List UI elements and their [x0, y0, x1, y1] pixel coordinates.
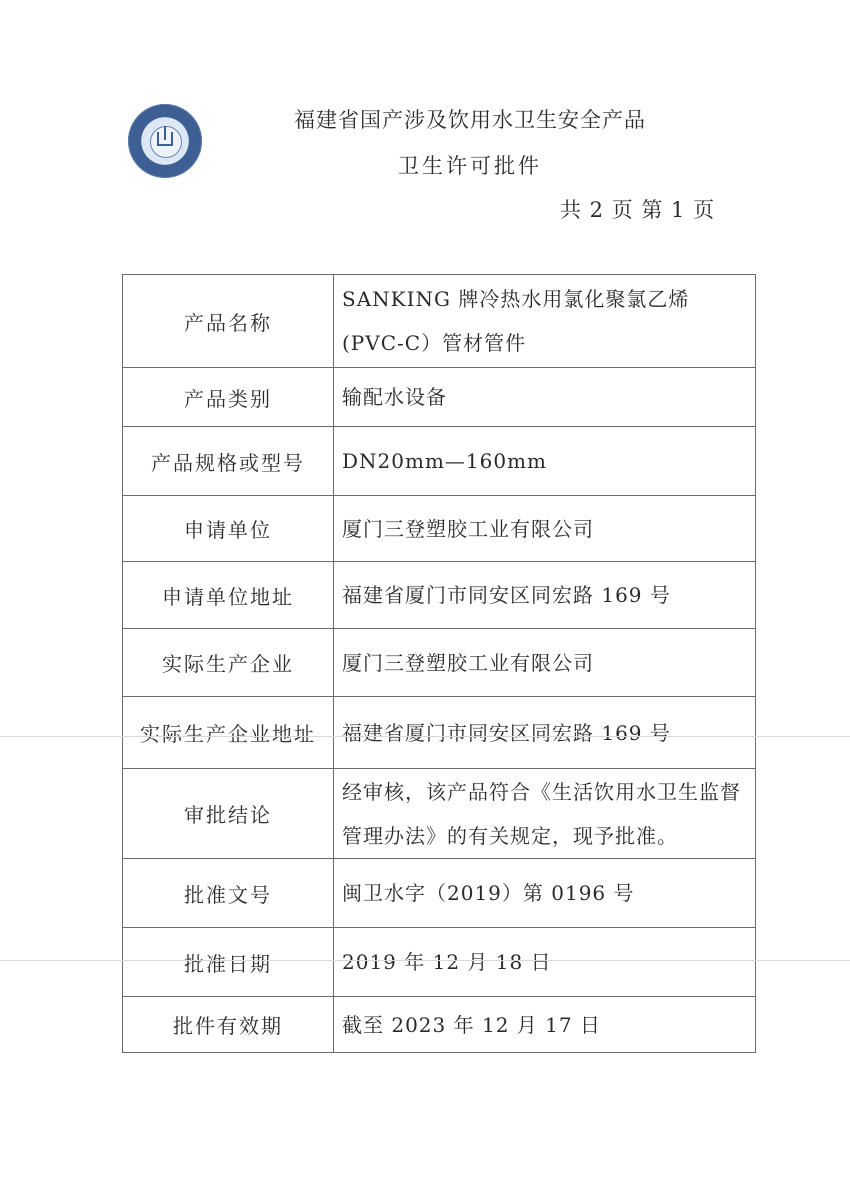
table-row: 产品类别输配水设备	[123, 368, 756, 427]
field-label: 实际生产企业	[123, 629, 334, 697]
field-value: 截至 2023 年 12 月 17 日	[334, 997, 756, 1053]
emblem-icon	[128, 104, 202, 178]
document-title: 福建省国产涉及饮用水卫生安全产品	[260, 104, 680, 134]
table-row: 产品规格或型号DN20mm—160mm	[123, 427, 756, 496]
field-label: 审批结论	[123, 769, 334, 859]
field-value: 闽卫水字（2019）第 0196 号	[334, 859, 756, 928]
table-row: 申请单位厦门三登塑胶工业有限公司	[123, 496, 756, 562]
field-value: 厦门三登塑胶工业有限公司	[334, 496, 756, 562]
table-row: 批准日期2019 年 12 月 18 日	[123, 928, 756, 997]
field-value: SANKING 牌冷热水用氯化聚氯乙烯(PVC-C）管材管件	[334, 275, 756, 368]
field-value: 厦门三登塑胶工业有限公司	[334, 629, 756, 697]
field-label: 产品名称	[123, 275, 334, 368]
field-label: 批准日期	[123, 928, 334, 997]
permit-table: 产品名称SANKING 牌冷热水用氯化聚氯乙烯(PVC-C）管材管件产品类别输配…	[122, 274, 756, 1053]
field-label: 申请单位地址	[123, 562, 334, 629]
document-subtitle: 卫生许可批件	[260, 150, 680, 180]
table-row: 实际生产企业厦门三登塑胶工业有限公司	[123, 629, 756, 697]
page-indicator: 共 2 页 第 1 页	[560, 194, 715, 224]
table-row: 批件有效期截至 2023 年 12 月 17 日	[123, 997, 756, 1053]
field-label: 产品规格或型号	[123, 427, 334, 496]
field-label: 实际生产企业地址	[123, 697, 334, 769]
field-value: 输配水设备	[334, 368, 756, 427]
table-row: 申请单位地址福建省厦门市同安区同宏路 169 号	[123, 562, 756, 629]
scan-artifact-line	[0, 736, 850, 737]
field-value: 福建省厦门市同安区同宏路 169 号	[334, 562, 756, 629]
field-label: 批准文号	[123, 859, 334, 928]
table-row: 产品名称SANKING 牌冷热水用氯化聚氯乙烯(PVC-C）管材管件	[123, 275, 756, 368]
field-value: 福建省厦门市同安区同宏路 169 号	[334, 697, 756, 769]
field-value: 经审核，该产品符合《生活饮用水卫生监督管理办法》的有关规定，现予批准。	[334, 769, 756, 859]
scan-artifact-line	[0, 960, 850, 961]
field-value: DN20mm—160mm	[334, 427, 756, 496]
table-row: 审批结论经审核，该产品符合《生活饮用水卫生监督管理办法》的有关规定，现予批准。	[123, 769, 756, 859]
field-label: 申请单位	[123, 496, 334, 562]
field-label: 批件有效期	[123, 997, 334, 1053]
field-label: 产品类别	[123, 368, 334, 427]
table-row: 批准文号闽卫水字（2019）第 0196 号	[123, 859, 756, 928]
field-value: 2019 年 12 月 18 日	[334, 928, 756, 997]
table-row: 实际生产企业地址福建省厦门市同安区同宏路 169 号	[123, 697, 756, 769]
